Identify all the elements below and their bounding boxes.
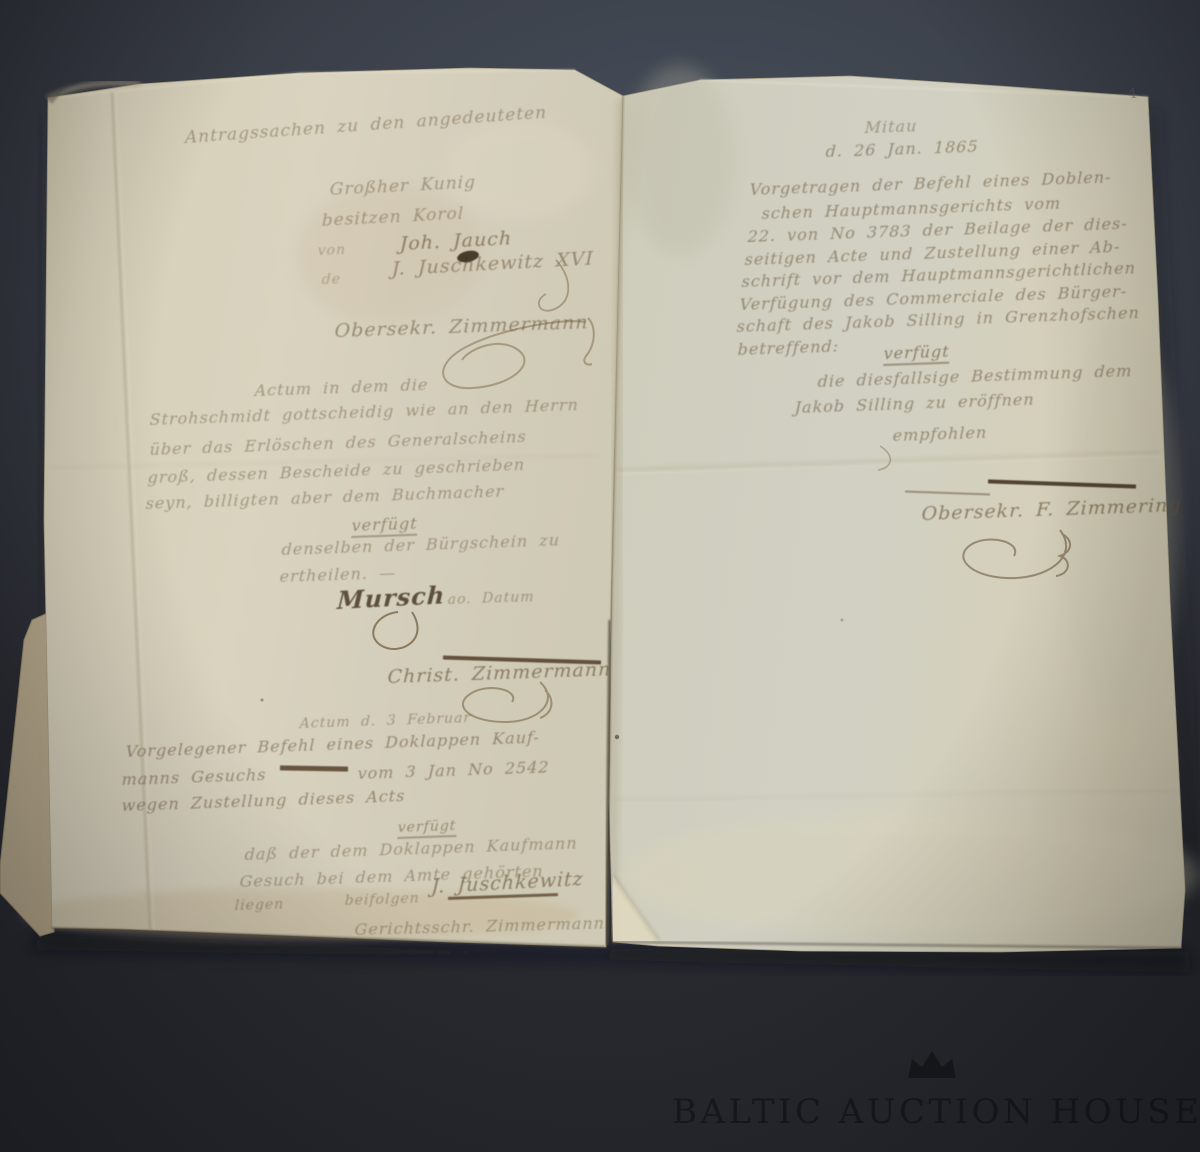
photo-scene: Antragssachen zu den angedeuteten Großhe… (0, 0, 1200, 1152)
handwriting-line: empfohlen (892, 423, 987, 445)
handwriting-line: manns Gesuchs (121, 765, 266, 789)
signature-zimmermann: Gerichtsschr. Zimmermann (354, 913, 605, 939)
signature-zimmermann: Obersekr. Zimmermann (334, 311, 589, 342)
handwriting-line: vom 3 Jan No 2542 (357, 757, 550, 783)
handwriting-line: liegen (234, 896, 284, 914)
handwriting-line: Antragssachen zu den angedeuteten (185, 103, 547, 148)
handwriting-line: die diesfallsige Bestimmung dem (817, 361, 1132, 391)
handwriting-date: d. 26 Jan. 1865 (825, 137, 979, 161)
handwriting-line: besitzen Korol (322, 204, 465, 232)
page-number: 4 (1127, 86, 1137, 103)
handwriting-place: Mitau (864, 116, 917, 137)
ink-dash (988, 479, 1136, 488)
handwriting-layer: Antragssachen zu den angedeuteten Großhe… (0, 0, 1200, 1152)
handwriting-line-verfuegt: verfügt (397, 818, 456, 839)
handwriting-line: denselben der Bürgschein zu (281, 530, 560, 559)
handwriting-line: Actum d. 3 Februar (299, 710, 471, 732)
handwriting-line: wegen Zustellung dieses Acts (121, 786, 405, 815)
handwriting-line: Strohschmidt gottscheidig wie an den Her… (149, 395, 579, 429)
handwriting-line: von (317, 242, 346, 259)
crown-icon (905, 1048, 959, 1082)
handwriting-line: Jakob Silling zu eröffnen (794, 390, 1035, 417)
handwriting-line-verfuegt: verfügt (351, 514, 418, 538)
handwriting-line: Joh. Jauch (400, 227, 513, 255)
handwriting-word-bold: Mursch (336, 580, 446, 615)
handwriting-line-verfuegt: verfügt (883, 342, 950, 366)
handwriting-line: ertheilen. — (279, 563, 396, 586)
signature-zimmermann: Obersekr. F. Zimmering (921, 494, 1182, 525)
handwriting-line: de (321, 271, 341, 288)
handwriting-line: Actum in dem die (254, 375, 428, 400)
ink-dash (280, 765, 348, 771)
handwriting-line: beifolgen (344, 890, 420, 909)
handwriting-line: Großher Kunig (330, 172, 477, 200)
handwriting-line: seyn, billigten aber dem Buchmacher (145, 481, 504, 513)
watermark-text: BALTIC AUCTION HOUSE (672, 1092, 1182, 1132)
handwriting-line: betreffend: (737, 336, 839, 359)
handwriting-line: über das Erlöschen des Generalscheins (149, 427, 527, 459)
handwriting-line: Vorgelegener Befehl eines Doklappen Kauf… (125, 728, 540, 761)
ink-dash (905, 491, 990, 496)
handwriting-line: ao. Datum (447, 589, 534, 608)
